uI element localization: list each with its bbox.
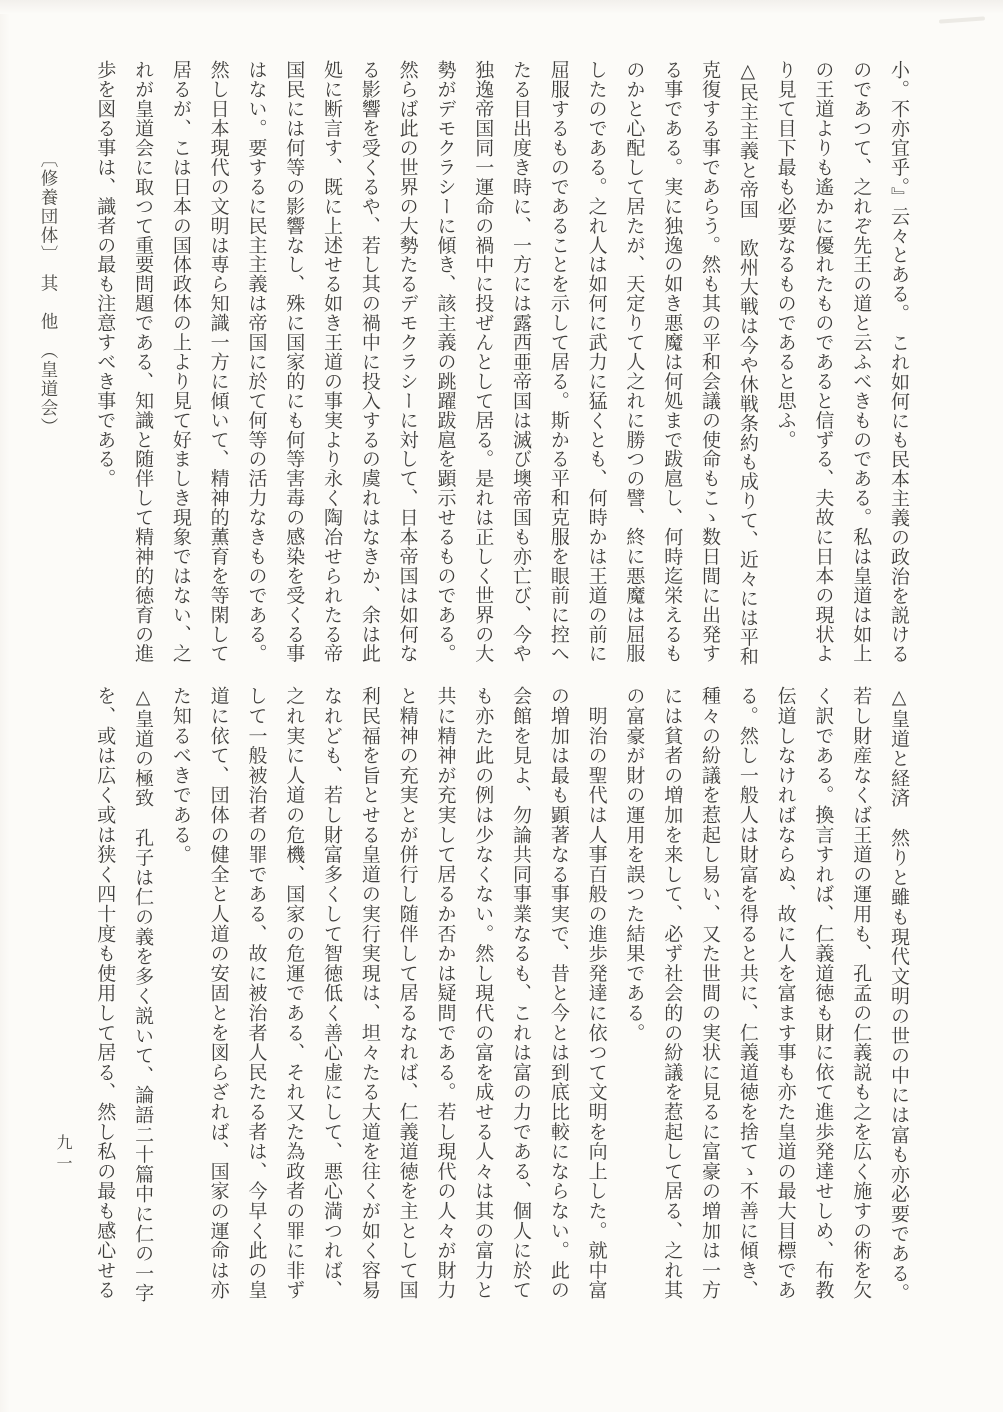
text-column: 種々の紛議を惹起し易い、又た世間の実状に見るに富豪の増加は一方 — [690, 686, 728, 1310]
text-column: の増加は最も顕著なる事実で、昔と今とは到底比較にならない。此の — [539, 686, 577, 1310]
text-column: 利民福を旨とせる皇道の実行実現は、坦々たる大道を往くが如く容易 — [350, 686, 388, 1310]
text-column: た知るべきである。 — [161, 686, 199, 1310]
text-column: 之れ実に人道の危機、国家の危運である、それ又た為政者の罪に非ず — [274, 686, 312, 1310]
text-column: のかと心配して居たが、天定りて人之れに勝つの譬、終に悪魔は屈服 — [615, 60, 653, 670]
text-column: 若し財産なくば王道の運用も、孔孟の仁義説も之を広く施すの術を欠 — [841, 686, 879, 1310]
text-column: 屈服するものであることを示して居る。斯かる平和克服を眼前に控へ — [539, 60, 577, 670]
text-column: 処に断言す、既に上述せる如き王道の事実より永く陶冶せられたる帝 — [312, 60, 350, 670]
text-column: には貧者の増加を来して、必ず社会的の紛議を惹起して居る、之れ其 — [652, 686, 690, 1310]
top-text-block: 小。不亦宜乎。』云々とある。 これ如何にも民本主義の政治を説ける のであつて、之… — [85, 60, 917, 670]
text-column: 克復する事であらう。然も其の平和会議の使命もこゝ数日間に出発す — [690, 60, 728, 670]
text-column: 小。不亦宜乎。』云々とある。 これ如何にも民本主義の政治を説ける — [879, 60, 917, 670]
text-column: れが皇道会に取つて重要問題である、知識と随伴して精神的徳育の進 — [123, 60, 161, 670]
text-column: る。然し一般人は財富を得ると共に、仁義道徳を捨てゝ不善に傾き、 — [728, 686, 766, 1310]
text-column: して一般被治者の罪である、故に被治者人民たる者は、今早く此の皇 — [237, 686, 275, 1310]
text-column: はない。要するに民主主義は帝国に於て何等の活力なきものである。 — [237, 60, 275, 670]
text-column: 国民には何等の影響なし、殊に国家的にも何等害毒の感染を受くる事 — [274, 60, 312, 670]
text-column: り見て目下最も必要なるものであると思ふ。 — [766, 60, 804, 670]
text-column: を、或は広く或は狭く四十度も使用して居る、然し私の最も感心せる — [85, 686, 123, 1310]
text-column: と精神の充実とが併行し随伴して居るなれば、仁義道徳を主として国 — [388, 686, 426, 1310]
text-column: の富豪が財の運用を誤つた結果である。 — [615, 686, 653, 1310]
text-column: たる目出度き時に、一方には露西亜帝国は滅び墺帝国も亦亡び、今や — [501, 60, 539, 670]
bottom-text-block: △皇道と経済 然りと雖も現代文明の世の中には富も亦必要である。 若し財産なくば王… — [85, 686, 917, 1310]
text-column: 勢がデモクラシーに傾き、該主義の跳躍跋扈を顕示せるものである。 — [426, 60, 464, 670]
text-column: 独逸帝国同一運命の禍中に投ぜんとして居る。是れは正しく世界の大 — [463, 60, 501, 670]
text-column-section-heading: △皇道と経済 然りと雖も現代文明の世の中には富も亦必要である。 — [879, 686, 917, 1310]
text-column-section-heading: △皇道の極致 孔子は仁の義を多く説いて、論語二十篇中に仁の一字 — [123, 686, 161, 1310]
text-column: したのである。之れ人は如何に武力に猛くとも、何時かは王道の前に — [577, 60, 615, 670]
text-column: る事である。実に独逸の如き悪魔は何処まで跋扈し、何時迄栄えるも — [652, 60, 690, 670]
text-column: 明治の聖代は人事百般の進歩発達に依つて文明を向上した。就中富 — [577, 686, 615, 1310]
text-column-section-heading: △民主主義と帝国 欧州大戦は今や休戦条約も成りて、近々には平和 — [728, 60, 766, 670]
scan-smudge — [939, 16, 985, 23]
text-column: 歩を図る事は、識者の最も注意すべき事である。 — [85, 60, 123, 670]
document-page: 小。不亦宜乎。』云々とある。 これ如何にも民本主義の政治を説ける のであつて、之… — [0, 0, 1003, 1412]
text-column: のであつて、之れぞ先王の道と云ふべきものである。私は皇道は如上 — [841, 60, 879, 670]
text-column: 共に精神が充実して居るか否かは疑問である。若し現代の人々が財力 — [426, 686, 464, 1310]
text-column: 道に依て、団体の健全と人道の安固とを図らざれば、国家の運命は亦 — [199, 686, 237, 1310]
text-column: 然らば此の世界の大勢たるデモクラシーに対して、日本帝国は如何な — [388, 60, 426, 670]
text-column: 居るが、こは日本の国体政体の上より見て好ましき現象ではない、之 — [161, 60, 199, 670]
text-column: 会館を見よ、勿論共同事業なるも、これは富の力である、個人に於て — [501, 686, 539, 1310]
text-column: の王道よりも遙かに優れたものであると信ずる、夫故に日本の現状よ — [804, 60, 842, 670]
text-column: く訳である。換言すれば、仁義道徳も財に依て進歩発達せしめ、布教 — [804, 686, 842, 1310]
margin-header: 〔修養団体〕 其 他 （皇道会） — [36, 150, 61, 437]
text-column: も亦た此の例は少なくない。然し現代の富を成せる人々は其の富力と — [463, 686, 501, 1310]
text-column: 然し日本現代の文明は専ら知識一方に傾いて、精神的薫育を等閑して — [199, 60, 237, 670]
text-column: なれども、若し財富多くして智徳低く善心虚にして、悪心満つれば、 — [312, 686, 350, 1310]
text-column: る影響を受くるや、若し其の禍中に投入するの虞れはなきか、余は此 — [350, 60, 388, 670]
text-column: 伝道しなければならぬ、故に人を富ます事も亦た皇道の最大目標であ — [766, 686, 804, 1310]
page-number: 九一 — [52, 1134, 75, 1176]
